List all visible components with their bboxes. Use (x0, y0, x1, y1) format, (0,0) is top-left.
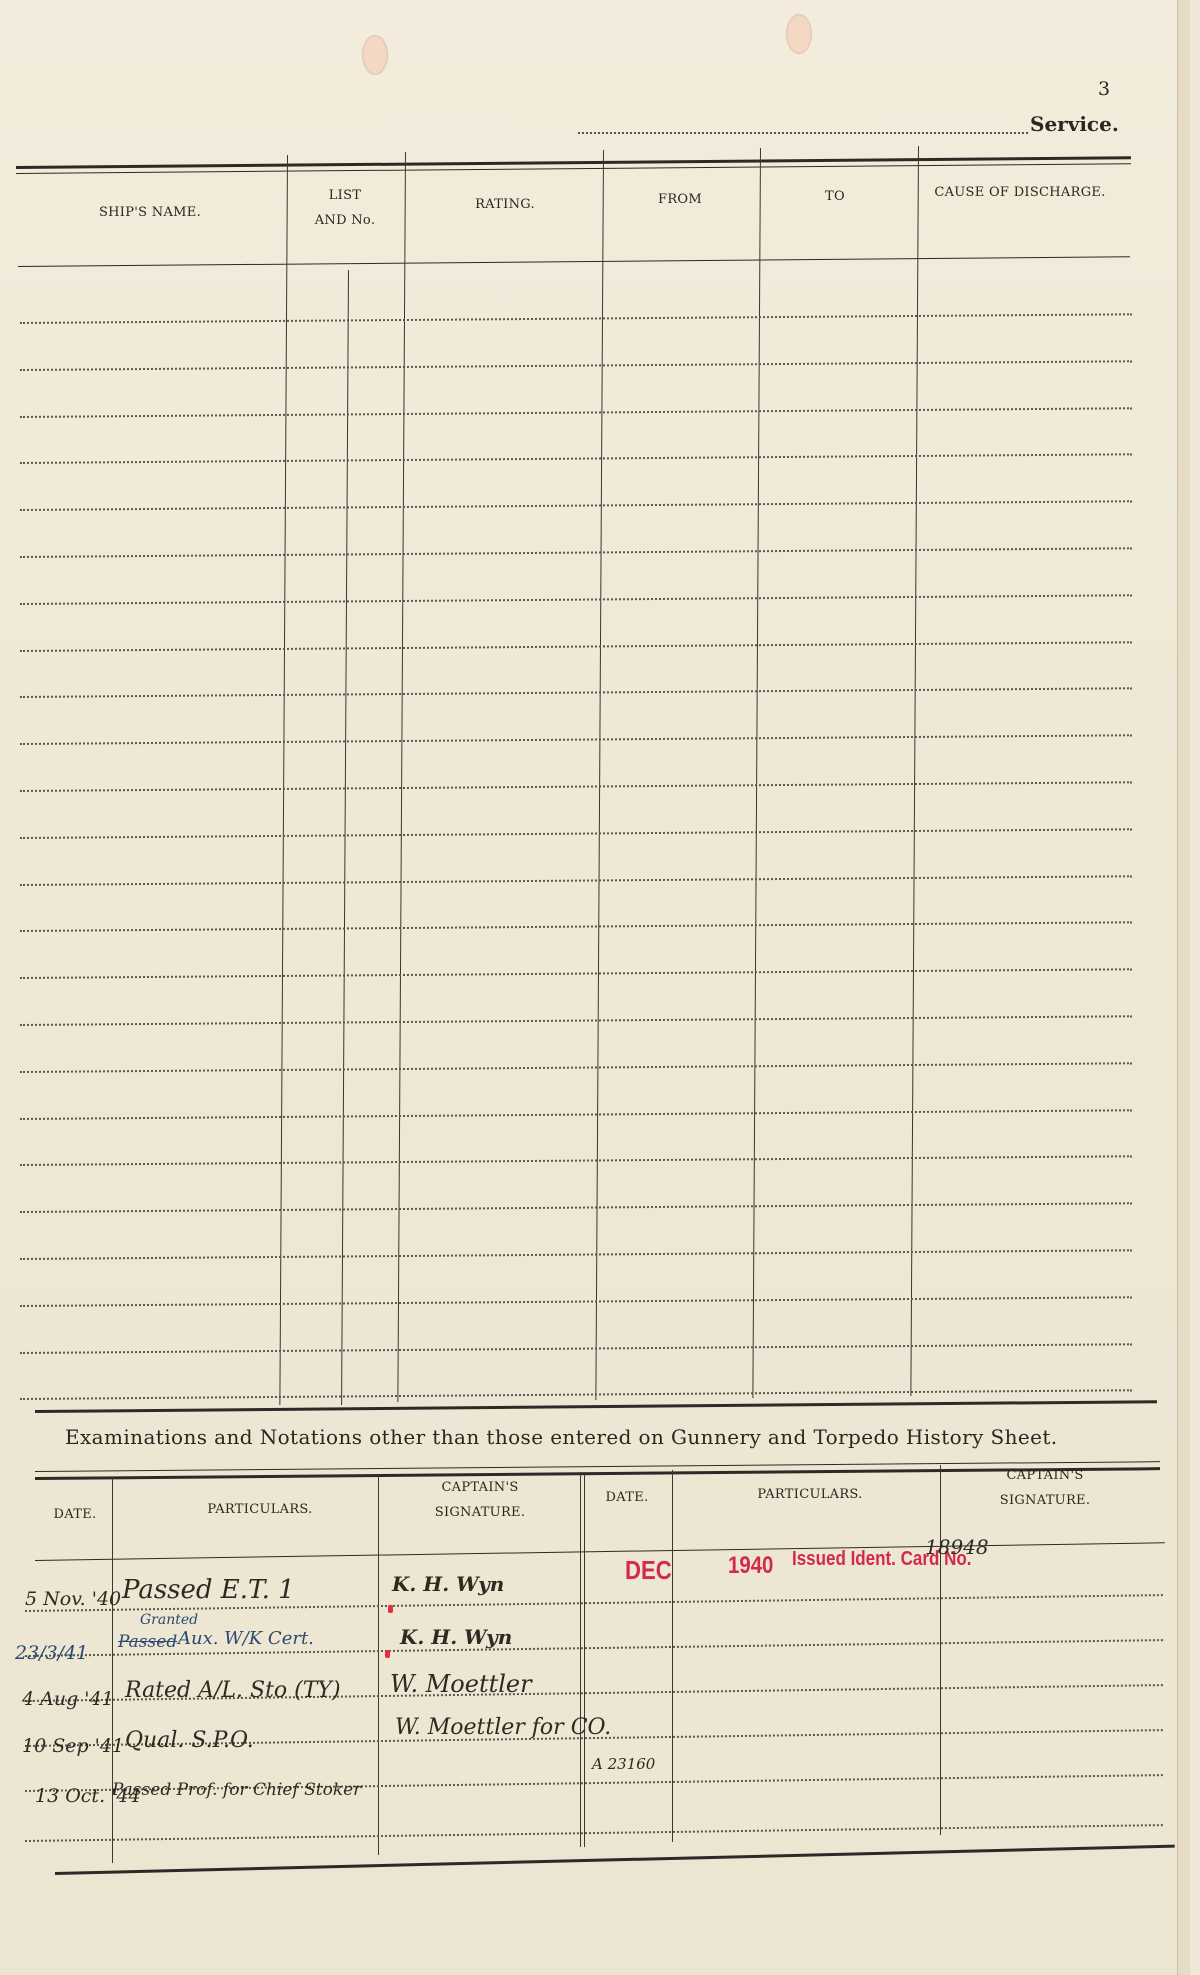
table-row (20, 594, 1132, 605)
col-divider (397, 152, 406, 1402)
table-row (20, 500, 1132, 511)
entry-date: 23/3/41 (15, 1642, 88, 1664)
header-ships-name: SHIP'S NAME. (40, 200, 260, 226)
col-divider (584, 1472, 585, 1847)
notations-header-sig-right-1: CAPTAIN'S (960, 1463, 1130, 1489)
table-row (20, 641, 1132, 652)
table-row (20, 688, 1132, 699)
notations-header-bottom-rule (35, 1542, 1165, 1561)
col-divider (580, 1472, 581, 1847)
table-row (20, 1249, 1132, 1260)
entry-signature: K. H. Wyn (400, 1625, 512, 1649)
stamp-year: 1940 (728, 1552, 773, 1580)
notations-header-sig-left-1: CAPTAIN'S (400, 1475, 560, 1501)
entry-particulars: Aux. W/K Cert. (178, 1628, 314, 1649)
table-row (20, 1109, 1132, 1120)
entry-signature: W. Moettler (390, 1670, 532, 1698)
table-row (20, 360, 1132, 371)
table-row (20, 734, 1132, 745)
page-number: 3 (1098, 78, 1110, 100)
entry-signature: K. H. Wyn (392, 1572, 504, 1596)
header-rating: RATING. (410, 192, 600, 218)
table-row (20, 407, 1132, 418)
service-table-bottom-rule (35, 1400, 1157, 1413)
header-list-line1: LIST (290, 183, 400, 209)
notations-header-sig-right-2: SIGNATURE. (960, 1488, 1130, 1514)
table-row (20, 1156, 1132, 1167)
table-row (20, 968, 1132, 979)
table-row (20, 1296, 1132, 1307)
table-row (20, 1390, 1132, 1401)
notations-bottom-rule (55, 1845, 1175, 1875)
entry-signature: W. Moettler for CO. (395, 1715, 611, 1740)
table-row (20, 313, 1132, 324)
table-row (20, 454, 1132, 465)
page-heading: Service. (1030, 112, 1119, 136)
table-row (20, 1202, 1132, 1213)
col-divider (910, 146, 919, 1396)
notations-header-date-left: DATE. (40, 1502, 110, 1528)
entry-particulars-struck: Passed (118, 1632, 177, 1652)
stamp-month: DEC (625, 1555, 672, 1586)
table-row (20, 1062, 1132, 1073)
header-list-line2: AND No. (290, 208, 400, 234)
table-row (20, 828, 1132, 839)
entry-date: 10 Sep '41 (22, 1735, 124, 1757)
red-mark (388, 1605, 393, 1613)
service-record-page: 3 Service. SHIP'S NAME. LIST AND No. RAT… (0, 0, 1190, 1975)
punch-hole (362, 35, 388, 75)
col-divider (595, 150, 604, 1400)
entry-particulars-insert: Granted (140, 1612, 198, 1628)
table-row (20, 922, 1132, 933)
notations-header-sig-left-2: SIGNATURE. (400, 1500, 560, 1526)
col-divider (940, 1465, 941, 1835)
notations-title: Examinations and Notations other than th… (65, 1425, 1058, 1449)
ident-card-number: 18948 (925, 1535, 989, 1559)
entry-particulars: Qual. S.P.O. (125, 1728, 254, 1753)
header-bottom-rule (18, 256, 1130, 267)
table-row (20, 547, 1132, 558)
top-rule (16, 156, 1131, 169)
header-cause-of-discharge: CAUSE OF DISCHARGE. (915, 180, 1125, 206)
entry-date: 4 Aug '41 (22, 1688, 114, 1710)
table-row (20, 1015, 1132, 1026)
service-fill-line (578, 132, 1028, 134)
page-edge (1177, 0, 1190, 1975)
col-divider (752, 148, 761, 1398)
col-divider (378, 1475, 379, 1855)
entry-particulars: Rated A/L. Sto (TY) (125, 1678, 341, 1703)
notations-header-date-right: DATE. (592, 1485, 662, 1511)
date-note: A 23160 (592, 1755, 655, 1773)
table-row (20, 875, 1132, 886)
entry-date: 5 Nov. '40 (25, 1588, 121, 1610)
header-from: FROM (610, 187, 750, 213)
table-row (20, 781, 1132, 792)
entry-particulars: Passed E.T. 1 (122, 1575, 295, 1605)
punch-hole (786, 14, 812, 54)
red-mark (385, 1650, 390, 1658)
col-divider-list-sub (341, 270, 349, 1405)
notations-header-particulars-right: PARTICULARS. (690, 1482, 930, 1508)
col-divider (279, 155, 288, 1405)
entry-particulars: Passed Prof. for Chief Stoker (112, 1780, 361, 1800)
header-to: TO (765, 184, 905, 210)
col-divider (672, 1470, 673, 1842)
table-row (20, 1343, 1132, 1354)
table-row (25, 1824, 1163, 1842)
notations-header-particulars-left: PARTICULARS. (150, 1497, 370, 1523)
